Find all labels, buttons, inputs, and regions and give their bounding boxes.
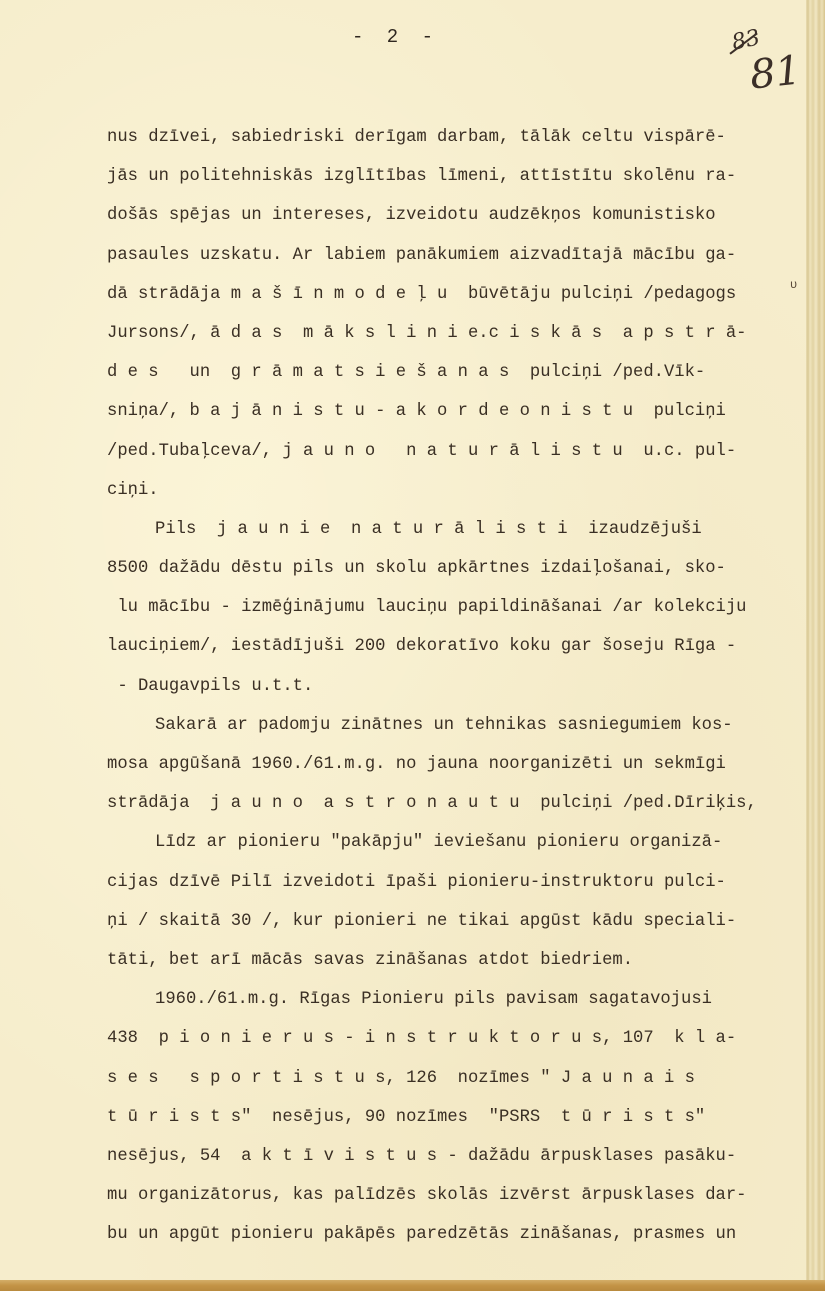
text-line: /ped.Tubaļceva/, j a u n o n a t u r ā l… (107, 432, 797, 471)
text-line: t ū r i s t s" nesējus, 90 nozīmes "PSRS… (107, 1098, 797, 1137)
page-number: - 2 - (352, 26, 439, 48)
text-line: Līdz ar pionieru "pakāpju" ieviešanu pio… (107, 823, 797, 862)
folio-number: 81 (748, 47, 803, 98)
text-line: d e s un g r ā m a t s i e š a n a s pul… (107, 353, 797, 392)
text-line: lauciņiem/, iestādījuši 200 dekoratīvo k… (107, 627, 797, 666)
text-line: došās spējas un intereses, izveidotu aud… (107, 196, 797, 235)
text-line: jās un politehniskās izglītības līmeni, … (107, 157, 797, 196)
text-line: 438 p i o n i e r u s - i n s t r u k t … (107, 1019, 797, 1058)
text-line: tāti, bet arī mācās savas zināšanas atdo… (107, 941, 797, 980)
binding-bottom-edge (0, 1280, 825, 1291)
text-line: ņi / skaitā 30 /, kur pionieri ne tikai … (107, 902, 797, 941)
text-line: cijas dzīvē Pilī izveidoti īpaši pionier… (107, 863, 797, 902)
document-page: - 2 - 83 81 ᴜ - nus dzīvei, sabiedriski … (0, 0, 806, 1280)
text-line: Sakarā ar padomju zinātnes un tehnikas s… (107, 706, 797, 745)
handwritten-folio-number: 83 81 (728, 28, 798, 108)
text-line: mu organizātorus, kas palīdzēs skolās iz… (107, 1176, 797, 1215)
text-line: nus dzīvei, sabiedriski derīgam darbam, … (107, 118, 797, 157)
text-line: pasaules uzskatu. Ar labiem panākumiem a… (107, 236, 797, 275)
text-line: Jursons/, ā d a s m ā k s l i n i e.c i … (107, 314, 797, 353)
page-stack-edge (806, 0, 825, 1280)
text-line: bu un apgūt pionieru pakāpēs paredzētās … (107, 1215, 797, 1254)
text-line: nesējus, 54 a k t ī v i s t u s - dažādu… (107, 1137, 797, 1176)
text-line: 1960./61.m.g. Rīgas Pionieru pils pavisa… (107, 980, 797, 1019)
text-line: - Daugavpils u.t.t. (107, 667, 797, 706)
typewritten-body-text: nus dzīvei, sabiedriski derīgam darbam, … (107, 118, 797, 1254)
text-line: Pils j a u n i e n a t u r ā l i s t i i… (107, 510, 797, 549)
text-line: mosa apgūšanā 1960./61.m.g. no jauna noo… (107, 745, 797, 784)
text-line: sniņa/, b a j ā n i s t u - a k o r d e … (107, 392, 797, 431)
text-line: dā strādāja m a š ī n m o d e ļ u būvētā… (107, 275, 797, 314)
text-line: ciņi. (107, 471, 797, 510)
text-line: strādāja j a u n o a s t r o n a u t u p… (107, 784, 797, 823)
text-line: lu mācību - izmēģinājumu lauciņu papildi… (107, 588, 797, 627)
text-line: s e s s p o r t i s t u s, 126 nozīmes "… (107, 1059, 797, 1098)
text-line: 8500 dažādu dēstu pils un skolu apkārtne… (107, 549, 797, 588)
